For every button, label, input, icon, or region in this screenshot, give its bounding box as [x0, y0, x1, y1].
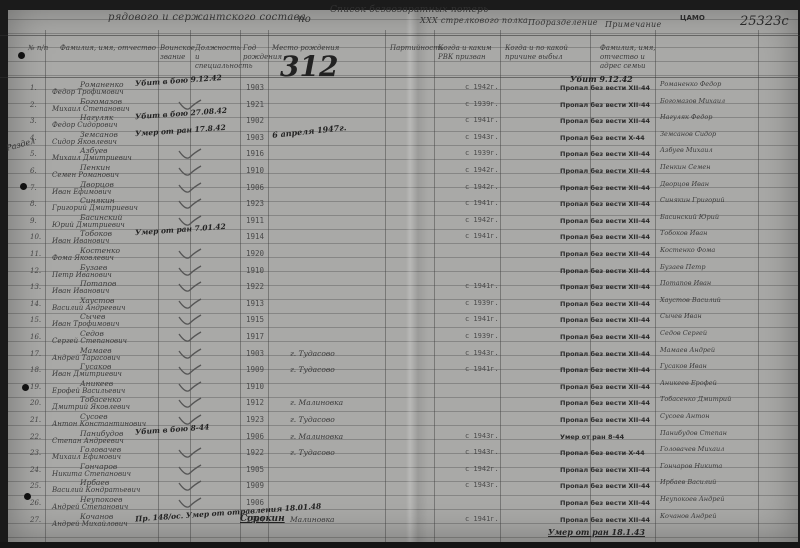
row-drafted: с 1942г. [465, 83, 499, 91]
row-birth-year: 1912 [246, 398, 264, 407]
row-birth-year: 1903 [246, 83, 264, 92]
check-mark-icon [178, 464, 202, 476]
row-outcome-stamp: Пропал без вести XII-44 [560, 333, 650, 341]
row-drafted: с 1942г. [465, 465, 499, 473]
punch-hole [18, 52, 25, 59]
row-kin: Сычев Иван [660, 312, 702, 320]
row-outcome-stamp: Пропал без вести XII-44 [560, 516, 650, 524]
row-outcome-stamp: Пропал без вести XII-44 [560, 283, 650, 291]
row-drafted: с 1941г. [465, 315, 499, 323]
row-number: 25. [30, 482, 41, 490]
row-outcome-stamp: Пропал без вести XII-44 [560, 267, 650, 275]
row-number: 17. [30, 350, 41, 358]
row-number: 11. [30, 250, 41, 258]
column-header-position: Должность и специальность [195, 44, 239, 71]
row-drafted: с 1942г. [465, 183, 499, 191]
row-kin: Земсанов Сидор [660, 130, 716, 138]
row-given-names: Иван Ефимович [52, 188, 111, 196]
row-outcome-stamp: Пропал без вести XII-44 [560, 366, 650, 374]
row-outcome-stamp: Пропал без вести XII-44 [560, 300, 650, 308]
row-outcome-stamp: Пропал без вести XII-44 [560, 466, 650, 474]
row-drafted: с 1941г. [465, 199, 499, 207]
row-kin: Богомазов Михаил [660, 97, 725, 105]
row-given-names: Степан Андреевич [52, 437, 124, 445]
row-given-names: Михаил Дмитриевич [52, 154, 132, 162]
row-given-names: Иван Иванович [52, 237, 109, 245]
row-given-names: Федор Трофимович [52, 88, 124, 96]
row-number: 20. [30, 399, 41, 407]
row-kin: Пенкин Семен [660, 163, 711, 171]
row-number: 24. [30, 466, 41, 474]
row-given-names: Сидор Яковлевич [52, 138, 117, 146]
check-mark-icon [178, 314, 202, 326]
row-birthplace: г. Тудасово [290, 349, 335, 358]
row-kin: Тобоков Иван [660, 229, 707, 237]
row-outcome-stamp: Пропал без вести XII-44 [560, 184, 650, 192]
row-birth-year: 1922 [246, 448, 264, 457]
row-birthplace: Малиновка [290, 515, 335, 524]
row-kin: Седов Сергей [660, 329, 707, 337]
row-footer-note: Сорокин [240, 514, 285, 524]
row-birth-year: 1915 [246, 315, 264, 324]
row-given-names: Дмитрий Яковлевич [52, 403, 130, 411]
row-outcome-stamp: Пропал без вести X-44 [560, 449, 645, 457]
large-ink-mark: 312 [280, 50, 338, 83]
check-mark-icon [178, 198, 202, 210]
check-mark-icon [178, 298, 202, 310]
row-drafted: с 1941г. [465, 232, 499, 240]
row-number: 19. [30, 383, 41, 391]
column-header-when_where: Когда и по какой причине выбыл [505, 44, 596, 62]
row-outcome-stamp: Пропал без вести XII-44 [560, 84, 650, 92]
check-mark-icon [178, 281, 202, 293]
row-given-names: Петр Иванович [52, 271, 112, 279]
row-number: 18. [30, 366, 41, 374]
archive-number: 25323с [740, 14, 789, 29]
row-number: 6. [30, 167, 37, 175]
row-birthplace: г. Малиновка [290, 432, 343, 441]
row-number: 8. [30, 200, 37, 208]
row-drafted: с 1943г. [465, 349, 499, 357]
row-birth-year: 1909 [246, 365, 264, 374]
column-header-name: Фамилия, имя, отчество [60, 44, 156, 53]
row-birth-year: 1916 [246, 149, 264, 158]
title-part: Список безвозвратных потерь [330, 5, 488, 15]
row-outcome-stamp: Пропал без вести XII-44 [560, 383, 650, 391]
row-kin: Аникеев Ерофей [660, 379, 717, 387]
row-kin: Дворцов Иван [660, 180, 709, 188]
row-birth-year: 1902 [246, 116, 264, 125]
row-birthplace: г. Тудасово [290, 365, 335, 374]
row-birth-year: 1923 [246, 415, 264, 424]
row-birth-year: 1905 [246, 465, 264, 474]
row-given-names: Григорий Дмитриевич [52, 204, 138, 212]
row-given-names: Никита Степанович [52, 470, 131, 478]
title-part: ХХХ стрелкового полка [420, 16, 528, 25]
row-kin: Тобасенко Дмитрий [660, 395, 731, 403]
row-number: 21. [30, 416, 41, 424]
row-birth-year: 1910 [246, 266, 264, 275]
row-birth-year: 1920 [246, 249, 264, 258]
row-given-names: Василий Кондратьевич [52, 486, 140, 494]
row-birth-year: 1910 [246, 382, 264, 391]
row-birth-year: 1906 [246, 432, 264, 441]
row-birth-year: 1923 [246, 199, 264, 208]
row-outcome-stamp: Пропал без вести XII-44 [560, 150, 650, 158]
row-kin: Бузаев Петр [660, 263, 706, 271]
row-number: 15. [30, 316, 41, 324]
bottom-note: Умер от ран 18.1.43 [548, 527, 645, 537]
check-mark-icon [178, 364, 202, 376]
row-drafted: с 1939г. [465, 100, 499, 108]
row-number: 2. [30, 101, 37, 109]
row-outcome-stamp: Пропал без вести XII-44 [560, 200, 650, 208]
row-outcome-stamp: Пропал без вести XII-44 [560, 399, 650, 407]
row-birth-year: 1906 [246, 183, 264, 192]
row-birth-year: 1903 [246, 133, 264, 142]
row-drafted: с 1943г. [465, 481, 499, 489]
row-number: 4. [30, 134, 37, 142]
column-header-birth_year: Год рождения [243, 44, 268, 62]
row-given-names: Василий Андреевич [52, 304, 126, 312]
title-part: Подразделение [528, 18, 598, 27]
row-birth-year: 1913 [246, 299, 264, 308]
row-given-names: Антон Константинович [52, 420, 146, 428]
row-outcome-stamp: Пропал без вести XII-44 [560, 499, 650, 507]
row-kin: Костенко Фома [660, 246, 715, 254]
row-outcome-stamp: Пропал без вести XII-44 [560, 101, 650, 109]
row-given-names: Сергей Степанович [52, 337, 127, 345]
row-number: 12. [30, 267, 41, 275]
row-kin: Ирбаев Василий [660, 478, 716, 486]
column-header-kin: Фамилия, имя, отчество и адрес семьи [600, 44, 656, 71]
row-number: 23. [30, 449, 41, 457]
check-mark-icon [178, 480, 202, 492]
archive-stamp: ЦАМО [680, 14, 705, 22]
row-kin: Головачев Михаил [660, 445, 724, 453]
row-kin-note: Убит 9.12.42 [570, 74, 633, 84]
check-mark-icon [178, 397, 202, 409]
row-outcome-stamp: Пропал без вести XII-44 [560, 117, 650, 125]
row-kin: Потапов Иван [660, 279, 711, 287]
row-number: 1. [30, 84, 37, 92]
row-drafted: с 1941г. [465, 515, 499, 523]
row-number: 10. [30, 233, 41, 241]
row-outcome-stamp: Пропал без вести XII-44 [560, 217, 650, 225]
row-given-names: Иван Дмитриевич [52, 370, 122, 378]
row-outcome-stamp: Пропал без вести XII-44 [560, 250, 650, 258]
row-given-names: Андрей Тарасович [52, 354, 120, 362]
check-mark-icon [178, 497, 202, 509]
row-drafted: с 1941г. [465, 282, 499, 290]
row-given-names: Фома Яковлевич [52, 254, 114, 262]
row-given-names: Федор Сидорович [52, 121, 117, 129]
check-mark-icon [178, 165, 202, 177]
title-part: рядового и сержантского состава [108, 12, 306, 23]
row-number: 14. [30, 300, 41, 308]
row-birth-year: 1909 [246, 481, 264, 490]
column-header-birthplace: Место рождения [272, 44, 386, 53]
row-number: 22. [30, 433, 41, 441]
check-mark-icon [178, 265, 202, 277]
row-outcome-stamp: Пропал без вести XII-44 [560, 482, 650, 490]
row-birth-year: 1903 [246, 349, 264, 358]
column-header-rank: Воинское звание [160, 44, 191, 62]
row-birthplace: г. Малиновка [290, 398, 343, 407]
row-number: 9. [30, 217, 37, 225]
row-given-names: Андрей Степанович [52, 503, 128, 511]
row-drafted: с 1941г. [465, 116, 499, 124]
row-birthplace: г. Тудасово [290, 448, 335, 457]
row-given-names: Юрий Дмитриевич [52, 221, 125, 229]
row-kin: Азбуев Михаил [660, 146, 713, 154]
row-number: 13. [30, 283, 41, 291]
row-birth-year: 1911 [246, 216, 264, 225]
row-kin: Кочанов Андрей [660, 512, 716, 520]
check-mark-icon [178, 248, 202, 260]
row-outcome-stamp: Пропал без вести XII-44 [560, 233, 650, 241]
row-birth-year: 1917 [246, 332, 264, 341]
row-given-names: Ерофей Васильевич [52, 387, 125, 395]
row-kin: Басинский Юрий [660, 213, 719, 221]
row-birth-year: 1922 [246, 282, 264, 291]
row-outcome-stamp: Пропал без вести X-44 [560, 134, 645, 142]
punch-hole [22, 384, 29, 391]
column-header-party: Партийность [390, 44, 434, 53]
title-part: Примечание [605, 20, 662, 29]
check-mark-icon [178, 447, 202, 459]
row-outcome-stamp: Пропал без вести XII-44 [560, 416, 650, 424]
scan-bottom-edge [0, 542, 800, 548]
row-birth-year: 1910 [246, 166, 264, 175]
row-number: 3. [30, 117, 37, 125]
row-drafted: с 1942г. [465, 166, 499, 174]
row-birthplace: г. Тудасово [290, 415, 335, 424]
row-kin: Нагуляк Федор [660, 113, 712, 121]
check-mark-icon [178, 331, 202, 343]
check-mark-icon [178, 148, 202, 160]
row-drafted: с 1942г. [465, 216, 499, 224]
row-outcome-stamp: Пропал без вести XII-44 [560, 350, 650, 358]
row-drafted: с 1943г. [465, 133, 499, 141]
row-drafted: с 1941г. [465, 365, 499, 373]
row-drafted: с 1939г. [465, 149, 499, 157]
row-number: 27. [30, 516, 41, 524]
column-header-drafted: Когда и каким РВК призван [438, 44, 501, 62]
row-drafted: с 1943г. [465, 432, 499, 440]
row-kin: Панибудов Степан [660, 429, 727, 437]
row-given-names: Иван Иванович [52, 287, 109, 295]
row-kin: Гончаров Никита [660, 462, 722, 470]
row-birth-year: 1914 [246, 232, 264, 241]
row-given-names: Иван Трофимович [52, 320, 120, 328]
row-drafted: с 1939г. [465, 332, 499, 340]
row-given-names: Андрей Михайлович [52, 520, 128, 528]
column-header-no: № п/п [28, 44, 56, 53]
title-part: по [298, 14, 311, 25]
row-given-names: Михаил Степанович [52, 105, 130, 113]
row-outcome-stamp: Пропал без вести XII-44 [560, 316, 650, 324]
row-kin: Романенко Федор [660, 80, 721, 88]
row-given-names: Семен Романович [52, 171, 119, 179]
row-drafted: с 1939г. [465, 299, 499, 307]
row-kin: Хаустов Василий [660, 296, 721, 304]
row-number: 5. [30, 150, 37, 158]
row-given-names: Михаил Ефимович [52, 453, 121, 461]
row-birth-year: 1921 [246, 100, 264, 109]
check-mark-icon [178, 182, 202, 194]
row-kin: Гусаков Иван [660, 362, 707, 370]
row-outcome-stamp: Пропал без вести XII-44 [560, 167, 650, 175]
row-number: 26. [30, 499, 41, 507]
punch-hole [20, 183, 27, 190]
check-mark-icon [178, 348, 202, 360]
row-kin: Неупокоев Андрей [660, 495, 724, 503]
row-outcome-stamp: Умер от ран 8-44 [560, 433, 624, 441]
row-number: 16. [30, 333, 41, 341]
row-kin: Сусоев Антон [660, 412, 710, 420]
check-mark-icon [178, 381, 202, 393]
row-kin: Синякин Григорий [660, 196, 725, 204]
row-kin: Мамаев Андрей [660, 346, 715, 354]
row-drafted: с 1943г. [465, 448, 499, 456]
row-number: 7. [30, 184, 37, 192]
